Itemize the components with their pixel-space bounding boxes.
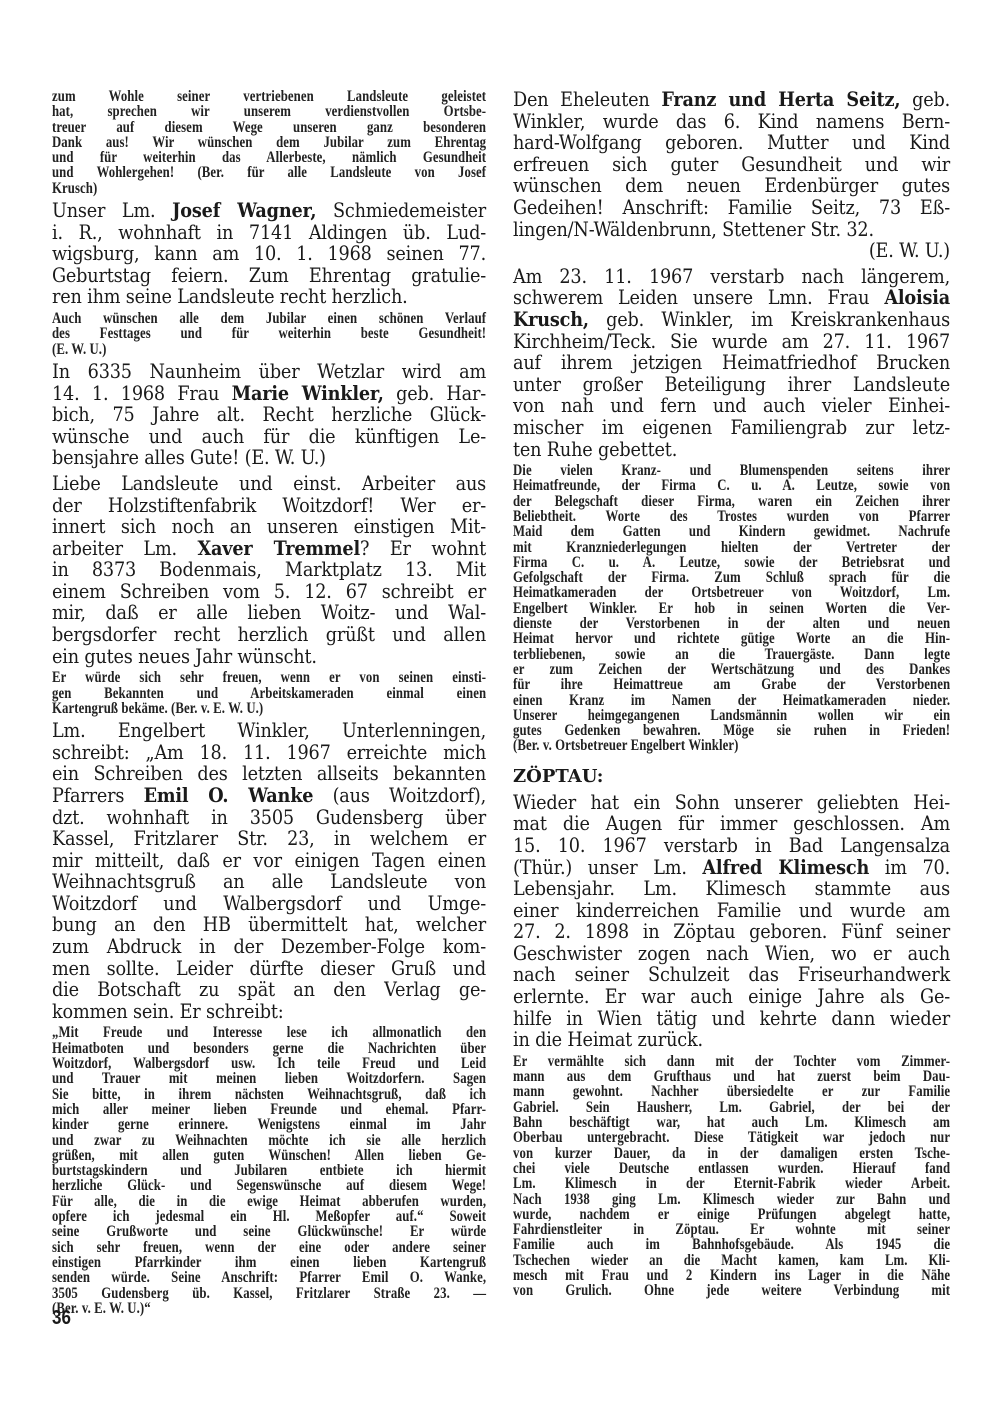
text-line: bergsdorfer recht herzlich grüßt und all… <box>52 624 486 646</box>
text-line: Fahrdienstleiter in Zöptau. Er wohnte mi… <box>513 1222 950 1237</box>
text-line: dzt. wohnhaft in 3505 Gudensberg über <box>52 807 486 829</box>
paragraph: Lm. Engelbert Winkler, Unterlenningen,sc… <box>52 720 486 1022</box>
text-line: opfere ich jedesmal ein Hl. Meßopfer auf… <box>52 1209 486 1224</box>
text-line: terbliebenen, sowie an die Trauergäste. … <box>513 647 950 662</box>
text-line: dienste der Verstorbenen in der alten un… <box>513 616 950 631</box>
text-line: von nah und fern und auch vieler Einhei- <box>513 395 950 417</box>
text-line: men sollte. Leider dürfte dieser Gruß un… <box>52 958 486 980</box>
text-line: Er vermählte sich dann mit der Tochter v… <box>513 1054 950 1069</box>
left-column: zum Wohle seiner vertriebenen Landsleute… <box>52 89 486 1316</box>
text-line: treuer auf diesem Wege unseren ganz beso… <box>52 120 486 135</box>
text-line: einen Kranz im Namen der Heimatkameraden… <box>513 693 950 708</box>
text-line: mischer im eigenen Familiengrab zur letz… <box>513 417 950 439</box>
text-line: Firma C. u. A. Leutze, sowie der Betrieb… <box>513 555 950 570</box>
text-line: Lebensjahr. Lm. Klimesch stammte aus <box>513 878 950 900</box>
text-line: (E. W. U.) <box>52 342 486 357</box>
text-line: und Wohlergehen! (Ber. für alle Landsleu… <box>52 165 486 180</box>
text-line: mat die Augen für immer geschlossen. Am <box>513 813 950 835</box>
text-line: Winkler, wurde das 6. Kind namens Bern- <box>513 111 950 133</box>
text-line: Kassel, Fritzlarer Str. 23, in welchem e… <box>52 828 486 850</box>
text-line: „Mit Freude und Interesse lese ich allmo… <box>52 1025 486 1040</box>
text-line: erfreuen sich guter Gesundheit und wir <box>513 154 950 176</box>
text-line: Unser Lm. Josef Wagner, Schmiedemeister <box>52 200 486 222</box>
text-line: bich, 75 Jahre alt. Recht herzliche Glüc… <box>52 404 486 426</box>
text-line: Krusch) <box>52 181 486 196</box>
text-line: hat, sprechen wir unserem verdienstvolle… <box>52 104 486 119</box>
text-line: seine Grußworte und seine Glückwünsche! … <box>52 1224 486 1239</box>
text-line: wünsche und auch für die künftigen Le- <box>52 426 486 448</box>
text-line: zum Abdruck in der Dezember-Folge kom- <box>52 936 486 958</box>
text-line: Lm. Klimesch in der Eternit-Fabrik wiede… <box>513 1176 950 1191</box>
text-line: Oberbau untergebracht. Diese Tätigkeit w… <box>513 1130 950 1145</box>
text-line: und für weiterhin das Allerbeste, nämlic… <box>52 150 486 165</box>
text-line: i. R., wohnhaft in 7141 Aldingen üb. Lud… <box>52 222 486 244</box>
text-line: mir mitteilt, daß er vor einigen Tagen e… <box>52 850 486 872</box>
section-heading: ZÖPTAU: <box>513 766 950 788</box>
paragraph-small-print: Auch wünschen alle dem Jubilar einen sch… <box>52 311 486 357</box>
paragraph: Wieder hat ein Sohn unserer geliebten He… <box>513 792 950 1051</box>
text-line: ten Ruhe gebettet. <box>513 439 950 461</box>
text-line: In 6335 Naunheim über Wetzlar wird am <box>52 361 486 383</box>
text-line: herzliche Glück- und Segenswünsche auf d… <box>52 1178 486 1193</box>
text-line: wigsburg, kann am 10. 1. 1968 seinen 77. <box>52 243 486 265</box>
text-line: und zwar zu Weihnachten möchte ich sie a… <box>52 1133 486 1148</box>
text-line: Am 23. 11. 1967 verstarb nach längerem, <box>513 266 950 288</box>
text-line: einstigen Pfarrkinder ihm einen lieben K… <box>52 1255 486 1270</box>
paragraph: Am 23. 11. 1967 verstarb nach längerem,s… <box>513 266 950 460</box>
text-line: schwerem Leiden unsere Lmn. Frau Aloisia <box>513 287 950 309</box>
text-line: Bahn beschäftigt war, hat auch Lm. Klime… <box>513 1115 950 1130</box>
text-line: Die vielen Kranz- und Blumenspenden seit… <box>513 463 950 478</box>
text-line: Er würde sich sehr freuen, wenn er von s… <box>52 670 486 685</box>
text-line: Sie bitte, in ihrem nächsten Weihnachtsg… <box>52 1087 486 1102</box>
bold-name: Alfred Klimesch <box>702 856 869 879</box>
text-line: Für alle, die in die ewige Heimat abberu… <box>52 1194 486 1209</box>
text-line: Heimatboten und besonders gerne die Nach… <box>52 1041 486 1056</box>
text-line: Nach 1938 ging Lm. Klimesch wieder zur B… <box>513 1192 950 1207</box>
text-line: kinder gerne erinnere. Wenigstens einmal… <box>52 1117 486 1132</box>
text-line: hard-Wolfgang geboren. Mutter und Kind <box>513 132 950 154</box>
text-line: (Thür.) unser Lm. Alfred Klimesch im 70. <box>513 857 950 879</box>
text-line: Beliebtheit. Worte des Trostes wurden vo… <box>513 509 950 524</box>
text-line: mich aller meiner lieben Freunde und ehe… <box>52 1102 486 1117</box>
bold-name: Marie Winkler, <box>232 382 384 405</box>
text-line: 3505 Gudensberg üb. Kassel, Fritzlarer S… <box>52 1286 486 1301</box>
text-line: arbeiter Lm. Xaver Tremmel? Er wohnt <box>52 538 486 560</box>
text-line: Heimat hervor und richtete gütige Worte … <box>513 631 950 646</box>
text-line: ren ihm seine Landsleute recht herzlich. <box>52 286 486 308</box>
text-line: Woitzdorf, Walbergsdorf usw. Ich teile F… <box>52 1056 486 1071</box>
text-line: burtstagskindern und Jubilaren entbiete … <box>52 1163 486 1178</box>
text-line: Woitzdorf und Walbergsdorf und Umge- <box>52 893 486 915</box>
text-line: der Holzstiftenfabrik Woitzdorf! Wer er- <box>52 495 486 517</box>
text-line: der Belegschaft dieser Firma, waren ein … <box>513 494 950 509</box>
text-line: (Ber. v. E. W. U.)“ <box>52 1301 486 1316</box>
text-line: 15. 10. 1967 verstarb in Bad Langensalza <box>513 835 950 857</box>
text-line: des Festtages und für weiterhin beste Ge… <box>52 326 486 341</box>
text-line: mit Kranzniederlegungen hielten der Vert… <box>513 540 950 555</box>
text-line: Gabriel. Sein Hausherr, Lm. Gabriel, der… <box>513 1100 950 1115</box>
text-line: Pfarrers Emil O. Wanke (aus Woitzdorf), <box>52 785 486 807</box>
text-line: mann gewohnt. Nachher übersiedelte er zu… <box>513 1084 950 1099</box>
text-line: grüßen, mit allen guten Wünschen! Allen … <box>52 1148 486 1163</box>
text-line: Krusch, geb. Winkler, im Kreiskrankenhau… <box>513 309 950 331</box>
text-line: Heimatfreunde, der Firma C. u. A. Leutze… <box>513 478 950 493</box>
text-line: in 8373 Bodenmais, Marktplatz 13. Mit <box>52 559 486 581</box>
text-line: Gedeihen! Anschrift: Familie Seitz, 73 E… <box>513 197 950 219</box>
text-line: von Grulich. Ohne jede weitere Verbindun… <box>513 1283 950 1298</box>
bold-name: Franz und Herta Seitz, <box>661 88 900 111</box>
bold-name: Emil O. Wanke <box>144 784 314 807</box>
paragraph: Unser Lm. Josef Wagner, Schmiedemeisteri… <box>52 200 486 308</box>
text-line: (Ber. v. Ortsbetreuer Engelbert Winkler) <box>513 738 950 753</box>
text-line: Tschechen wieder an die Macht kamen, kam… <box>513 1253 950 1268</box>
text-line: mesch mit Frau und 2 Kindern ins Lager i… <box>513 1268 950 1283</box>
text-line: 14. 1. 1968 Frau Marie Winkler, geb. Har… <box>52 383 486 405</box>
text-line: wünschen dem neuen Erdenbürger gutes <box>513 175 950 197</box>
bold-name: Aloisia <box>884 286 950 309</box>
text-line: wurde, nachdem er einige Prüfungen abgel… <box>513 1207 950 1222</box>
text-line: von kurzer Dauer, da in der damaligen er… <box>513 1146 950 1161</box>
text-line: Heimatkameraden der Ortsbetreuer von Woi… <box>513 585 950 600</box>
paragraph: Den Eheleuten Franz und Herta Seitz, geb… <box>513 89 950 262</box>
paragraph: Liebe Landsleute und einst. Arbeiter aus… <box>52 473 486 667</box>
paragraph-small-print: „Mit Freude und Interesse lese ich allmo… <box>52 1025 486 1316</box>
bold-name: Xaver Tremmel <box>198 537 360 560</box>
text-line: hilfe in Wien tätig und kehrte dann wied… <box>513 1008 950 1030</box>
text-line: Kirchheim/Teck. Sie wurde am 27. 11. 196… <box>513 331 950 353</box>
text-line: bung an den HB übermittelt hat, welcher <box>52 914 486 936</box>
text-line: Maid dem Gatten und Kindern gewidmet. Na… <box>513 524 950 539</box>
signature: (E. W. U.) <box>513 240 950 262</box>
text-line: er zum Zeichen der Wertschätzung und des… <box>513 662 950 677</box>
text-line: für ihre Heimattreue am Grabe der Versto… <box>513 677 950 692</box>
text-line: Kartengruß bekäme. (Ber. v. E. W. U.) <box>52 701 486 716</box>
text-line: Geburtstag feiern. Zum Ehrentag gratulie… <box>52 265 486 287</box>
text-line: Gefolgschaft der Firma. Zum Schluß sprac… <box>513 570 950 585</box>
text-line: einem Schreiben vom 5. 12. 67 schreibt e… <box>52 581 486 603</box>
right-column: Den Eheleuten Franz und Herta Seitz, geb… <box>513 89 950 1299</box>
paragraph-small-print: Er vermählte sich dann mit der Tochter v… <box>513 1054 950 1299</box>
text-line: chei viele Deutsche entlassen wurden. Hi… <box>513 1161 950 1176</box>
text-line: auf ihrem jetzigen Heimatfriedhof Brucke… <box>513 352 950 374</box>
text-line: Engelbert Winkler. Er hob in seinen Wort… <box>513 601 950 616</box>
text-line: 27. 2. 1898 in Zöptau geboren. Fünf sein… <box>513 921 950 943</box>
text-line: Familie auch im Bahnhofsgebäude. Als 194… <box>513 1237 950 1252</box>
text-line: bensjahre alles Gute! (E. W. U.) <box>52 447 486 469</box>
text-line: zum Wohle seiner vertriebenen Landsleute… <box>52 89 486 104</box>
text-line: ein Schreiben des letzten allseits bekan… <box>52 763 486 785</box>
text-line: lingen/N-Wäldenbrunn, Stettener Str. 32. <box>513 219 950 241</box>
text-line: Wieder hat ein Sohn unserer geliebten He… <box>513 792 950 814</box>
text-line: ein gutes neues Jahr wünscht. <box>52 646 486 668</box>
text-line: Geschwister zogen nach Wien, wo er auch <box>513 943 950 965</box>
text-line: Weihnachtsgruß an alle Landsleute von <box>52 871 486 893</box>
text-line: gutes Gedenken bewahren. Möge sie ruhen … <box>513 723 950 738</box>
text-line: Lm. Engelbert Winkler, Unterlenningen, <box>52 720 486 742</box>
text-line: gen Bekannten und Arbeitskameraden einma… <box>52 686 486 701</box>
text-line: in die Heimat zurück. <box>513 1029 950 1051</box>
text-line: kommen sein. Er schreibt: <box>52 1001 486 1023</box>
paragraph-small-print: Er würde sich sehr freuen, wenn er von s… <box>52 670 486 716</box>
text-line: Auch wünschen alle dem Jubilar einen sch… <box>52 311 486 326</box>
text-line: sich sehr freuen, wenn der eine oder and… <box>52 1240 486 1255</box>
text-line: und Trauer mit meinen lieben Woitzdorfer… <box>52 1071 486 1086</box>
paragraph: In 6335 Naunheim über Wetzlar wird am14.… <box>52 361 486 469</box>
text-line: unter großer Beteiligung ihrer Landsleut… <box>513 374 950 396</box>
text-line: die Botschaft zu spät an den Verlag ge- <box>52 979 486 1001</box>
text-line: Dank aus! Wir wünschen dem Jubilar zum E… <box>52 135 486 150</box>
text-line: Unserer heimgegangenen Landsmännin wolle… <box>513 708 950 723</box>
text-line: Liebe Landsleute und einst. Arbeiter aus <box>52 473 486 495</box>
text-line: mann aus dem Grufthaus und hat zuerst be… <box>513 1069 950 1084</box>
text-line: schreibt: „Am 18. 11. 1967 erreichte mic… <box>52 742 486 764</box>
text-line: Den Eheleuten Franz und Herta Seitz, geb… <box>513 89 950 111</box>
paragraph-small-print: Die vielen Kranz- und Blumenspenden seit… <box>513 463 950 754</box>
text-line: erlernte. Er war auch einige Jahre als G… <box>513 986 950 1008</box>
text-line: einer kinderreichen Familie und wurde am <box>513 900 950 922</box>
paragraph-small-print: zum Wohle seiner vertriebenen Landsleute… <box>52 89 486 196</box>
text-line: mir, daß er alle lieben Woitz- und Wal- <box>52 602 486 624</box>
text-line: senden würde. Seine Anschrift: Pfarrer E… <box>52 1270 486 1285</box>
bold-name: Krusch, <box>513 308 589 331</box>
text-line: nach seiner Schulzeit das Friseurhandwer… <box>513 964 950 986</box>
bold-name: Josef Wagner, <box>172 199 316 222</box>
text-line: innert sich noch an unseren einstigen Mi… <box>52 516 486 538</box>
page-number: 36 <box>52 1307 71 1330</box>
